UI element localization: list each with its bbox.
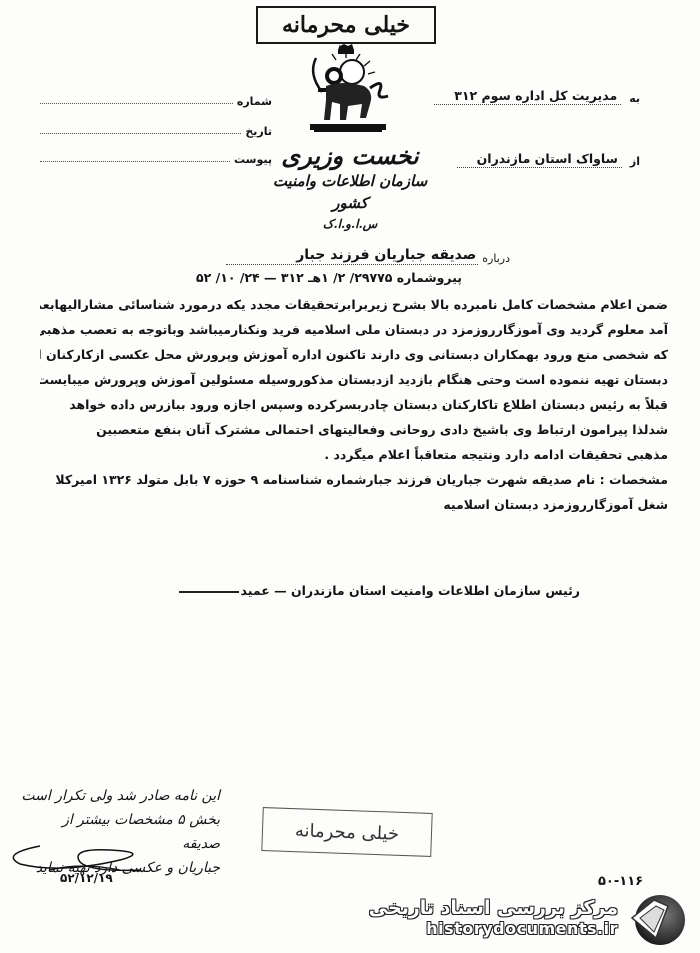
from-label: از bbox=[622, 155, 640, 168]
classification-stamp-bottom: خیلی محرمانه bbox=[261, 807, 432, 857]
subject-line: درباره صدیقه جباریان فرزند جبار bbox=[226, 247, 510, 265]
letterhead: نخست وزیری سازمان اطلاعات وامنیت کشور س.… bbox=[260, 142, 440, 234]
subject-label: درباره bbox=[478, 252, 510, 265]
classification-stamp-top: خیلی محرمانه bbox=[256, 6, 436, 44]
attachment-field: پیوست bbox=[40, 148, 272, 166]
subject-value: صدیقه جباریان فرزند جبار bbox=[226, 247, 478, 265]
signatory-title: رئیس سازمان اطلاعات وامنیت استان مازندرا… bbox=[179, 583, 580, 598]
attachment-label: پیوست bbox=[230, 153, 272, 166]
to-field: به مدیریت کل اداره سوم ۳۱۲ bbox=[434, 85, 640, 105]
watermark: مرکز بررسی اسناد تاریخی historydocuments… bbox=[369, 896, 618, 938]
watermark-org-name: مرکز بررسی اسناد تاریخی bbox=[369, 896, 618, 920]
date-field: تاریخ bbox=[40, 120, 272, 138]
date-line bbox=[40, 133, 241, 134]
body-line: که شخصی منع ورود بهمکاران دبستانی وی دار… bbox=[40, 342, 668, 367]
body-line: شغل آموزگارروزمزد دبستان اسلامیه bbox=[40, 492, 668, 517]
note-line: این نامه صادر شد ولی تکرار است bbox=[20, 784, 220, 808]
number-field: شماره bbox=[40, 90, 272, 108]
body-line: دبستان تهیه ننموده است وحتی هنگام بازدید… bbox=[40, 367, 668, 392]
attachment-line bbox=[40, 161, 230, 162]
body-line: شدلذا پیرامون ارتباط وی باشیخ دادی روحان… bbox=[40, 417, 668, 442]
note-date: ۵۲/۱۲/۱۹ bbox=[60, 871, 113, 885]
number-label: شماره bbox=[233, 95, 272, 108]
from-field: از ساواک استان مازندران bbox=[457, 148, 640, 168]
organization-name: سازمان اطلاعات وامنیت کشور bbox=[260, 170, 440, 214]
stamp-text: خیلی محرمانه bbox=[282, 12, 410, 38]
ministry-name: نخست وزیری bbox=[260, 142, 440, 170]
to-value: مدیریت کل اداره سوم ۳۱۲ bbox=[434, 88, 621, 105]
stamp-text: خیلی محرمانه bbox=[295, 820, 400, 845]
body-line: مذهبی تحقیقات ادامه دارد ونتیجه متعاقباً… bbox=[40, 442, 668, 467]
document-number: ۵۰-۱۱۶ bbox=[598, 874, 643, 889]
document-center-logo-icon bbox=[626, 892, 686, 947]
watermark-url: historydocuments.ir bbox=[369, 920, 618, 938]
number-line bbox=[40, 103, 233, 104]
signature-dash bbox=[179, 591, 239, 593]
lion-and-sun-emblem-icon bbox=[292, 44, 402, 144]
signatory-text: رئیس سازمان اطلاعات وامنیت استان مازندرا… bbox=[241, 583, 580, 598]
letter-body: ضمن اعلام مشخصات کامل نامبرده بالا بشرح … bbox=[40, 292, 668, 517]
to-label: به bbox=[621, 92, 640, 105]
organization-abbrev: س.ا.و.ا.ک bbox=[260, 214, 440, 234]
body-line: آمد معلوم گردید وی آموزگارروزمزد در دبست… bbox=[40, 317, 668, 342]
body-line: قبلاً به رئیس دبستان اطلاع تاکارکنان دبس… bbox=[40, 392, 668, 417]
date-label: تاریخ bbox=[241, 125, 272, 138]
body-line: مشخصات : نام صدیقه شهرت جباریان فرزند جب… bbox=[40, 467, 668, 492]
from-value: ساواک استان مازندران bbox=[457, 151, 622, 168]
body-line: ضمن اعلام مشخصات کامل نامبرده بالا بشرح … bbox=[40, 292, 668, 317]
reference-number: پیروشماره ۲۹۷۷۵/ ۲/ ۱هـ ۳۱۲ — ۲۴/ ۱۰/ ۵۲ bbox=[196, 270, 462, 285]
